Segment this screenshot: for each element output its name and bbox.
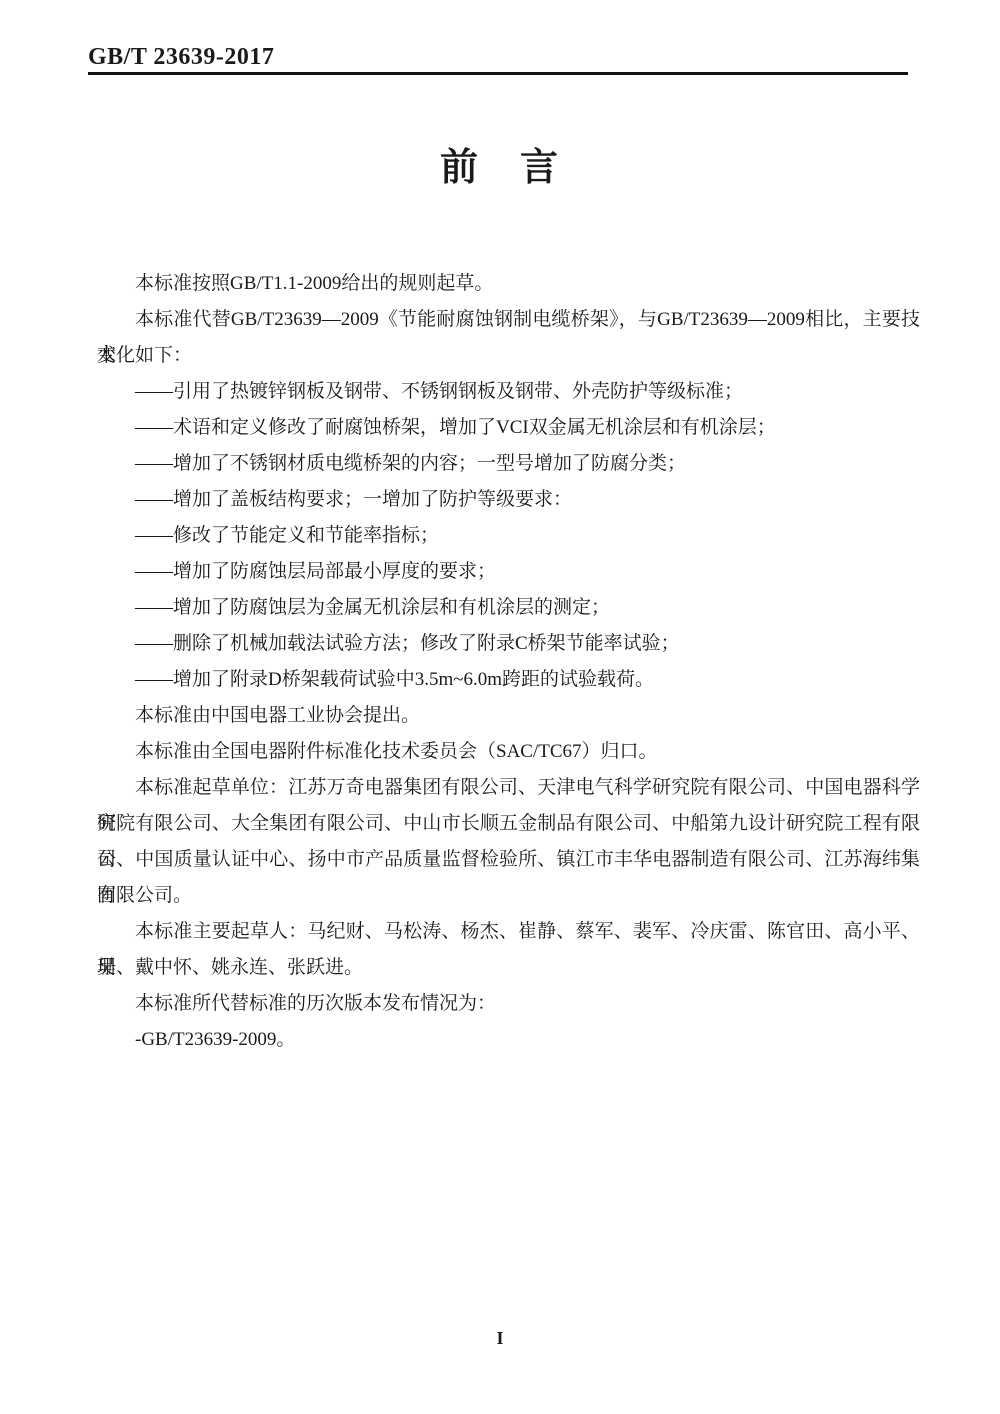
body-line: 有限公司。 xyxy=(97,878,920,914)
body-line: ——删除了机械加载法试验方法；修改了附录C桥架节能率试验； xyxy=(97,626,920,662)
standard-code: GB/T 23639-2017 xyxy=(88,44,274,71)
body-line: 本标准由中国电器工业协会提出。 xyxy=(97,698,920,734)
body-line: ——术语和定义修改了耐腐蚀桥架，增加了VCI双金属无机涂层和有机涂层； xyxy=(97,410,920,446)
body-line: 本标准主要起草人：马纪财、马松涛、杨杰、崔静、蔡军、裴军、冷庆雷、陈官田、高小平… xyxy=(97,914,920,950)
body-line: ——增加了防腐蚀层为金属无机涂层和有机涂层的测定； xyxy=(97,590,920,626)
body-line: ——增加了附录D桥架载荷试验中3.5m~6.0m跨距的试验载荷。 xyxy=(97,662,920,698)
document-page: GB/T 23639-2017 前 言 本标准按照GB/T1.1-2009给出的… xyxy=(0,0,1000,1414)
page-title: 前 言 xyxy=(0,136,1000,191)
body-line: ——增加了不锈钢材质电缆桥架的内容；一型号增加了防腐分类； xyxy=(97,446,920,482)
body-line: 本标准按照GB/T1.1-2009给出的规则起草。 xyxy=(97,266,920,302)
body-line: -GB/T23639-2009。 xyxy=(97,1022,920,1058)
body-line: 本标准起草单位：江苏万奇电器集团有限公司、天津电气科学研究院有限公司、中国电器科… xyxy=(97,770,920,806)
body-line: 究院有限公司、大全集团有限公司、中山市长顺五金制品有限公司、中船第九设计研究院工… xyxy=(97,806,920,842)
body-line: 变化如下： xyxy=(97,338,920,374)
page-number: I xyxy=(0,1328,1000,1349)
header-rule xyxy=(88,72,908,75)
body-line: 司、中国质量认证中心、扬中市产品质量监督检验所、镇江市丰华电器制造有限公司、江苏… xyxy=(97,842,920,878)
body-line: 本标准由全国电器附件标准化技术委员会（SAC/TC67）归口。 xyxy=(97,734,920,770)
body-lines: 本标准按照GB/T1.1-2009给出的规则起草。本标准代替GB/T23639—… xyxy=(97,266,920,1058)
body-line: ——引用了热镀锌钢板及钢带、不锈钢钢板及钢带、外壳防护等级标准； xyxy=(97,374,920,410)
body-line: 珊、戴中怀、姚永连、张跃进。 xyxy=(97,950,920,986)
body-line: ——修改了节能定义和节能率指标； xyxy=(97,518,920,554)
body-line: 本标准所代替标准的历次版本发布情况为： xyxy=(97,986,920,1022)
body-line: 本标准代替GB/T23639—2009《节能耐腐蚀钢制电缆桥架》，与GB/T23… xyxy=(97,302,920,338)
body-line: ——增加了防腐蚀层局部最小厚度的要求； xyxy=(97,554,920,590)
body-line: ——增加了盖板结构要求；一增加了防护等级要求： xyxy=(97,482,920,518)
